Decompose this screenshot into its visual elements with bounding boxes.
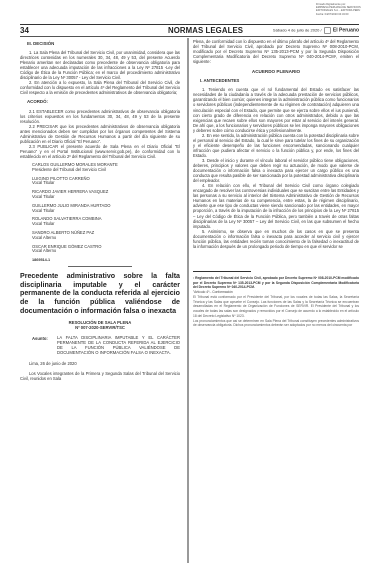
asunto-block: Asunto: LA FALTA DISCIPLINARIA IMPUTABLE…	[32, 336, 180, 356]
signatory: SANDRO ALBERTO NÚÑEZ PAZ Vocal Alterno	[32, 231, 180, 241]
footnote-title: Reglamento del Tribunal del Servicio Civ…	[193, 276, 359, 290]
place-date: Lima, 26 de junio de 2020	[29, 361, 180, 366]
section-rule	[68, 266, 132, 267]
intro-paragraph: Plena, de conformidad con lo dispuesto e…	[193, 39, 359, 64]
publication-date: Sábado 4 de julio de 2020 /	[273, 28, 322, 33]
asunto-label: Asunto:	[32, 336, 57, 356]
page-header: 34 NORMAS LEGALES Sábado 4 de julio de 2…	[20, 24, 359, 37]
antecedentes-heading: I. ANTECEDENTES	[200, 78, 359, 83]
asunto-text: LA FALTA DISCIPLINARIA IMPUTABLE Y EL CA…	[57, 336, 180, 356]
antecedente-paragraph: 1. Teniendo en cuenta que el rol fundame…	[193, 87, 359, 132]
digital-signature-stamp: Firmado Digitalmente por: EMPRESA PERUAN…	[316, 3, 371, 16]
signatory-role: Vocal Alterno	[32, 249, 180, 254]
stamp-line: Fecha: 04/07/2020 04:34:00	[316, 13, 371, 16]
resolution-number: Nº 007-2020-SERVIR/TSC	[20, 326, 180, 331]
page-number: 34	[20, 26, 29, 35]
signatory: ROLANDO SALVATIERRA COMBINA Vocal Titula…	[32, 217, 180, 227]
acordo-heading: ACORDÓ:	[27, 99, 180, 104]
signatory: GUILLERMO JULIO MIRANDA HURTADO Vocal Ti…	[32, 204, 180, 214]
resolution-heading: RESOLUCIÓN DE SALA PLENA Nº 007-2020-SER…	[20, 321, 180, 331]
closing-paragraph: Los Vocales integrantes de la Primera y …	[20, 371, 180, 381]
publication-name: El Peruano	[333, 28, 359, 34]
decision-paragraph: 1. La Sala Plena del Tribunal del Servic…	[20, 50, 180, 80]
signatory-role: Vocal Titular	[32, 209, 180, 214]
antecedente-paragraph: 4. En relación con ello, el Tribunal del…	[193, 183, 359, 228]
footnote-rule	[193, 271, 251, 272]
decision-paragraph: 2. En atención a lo expuesto, la Sala Pl…	[20, 80, 180, 95]
footnote-number: ¹	[193, 276, 194, 280]
signatory-role: Vocal Titular	[32, 195, 180, 200]
antecedente-paragraph: 2. En ese sentido, la administración púb…	[193, 133, 359, 158]
signatory: RICARDO JAVIER HERRERA VASQUEZ Vocal Tit…	[32, 190, 180, 200]
acordo-paragraph: 2.2 PRECISAR que los precedentes adminis…	[20, 124, 180, 144]
antecedente-paragraph: 5. Asimismo, se observa que en muchos de…	[193, 229, 359, 249]
left-column: III. DECISIÓN 1. La Sala Plena del Tribu…	[20, 39, 180, 381]
section-title: NORMAS LEGALES	[168, 26, 243, 35]
footnote: ¹ Reglamento del Tribunal del Servicio C…	[193, 276, 359, 290]
signatory: LUIGINO PILOTTO CARREÑO Vocal Titular	[32, 177, 180, 187]
article-title: Precedente administrativo sobre la falta…	[20, 272, 180, 315]
header-date-publication: Sábado 4 de julio de 2020 / El Peruano	[273, 27, 359, 34]
column-divider	[187, 38, 189, 563]
footnote-body: El Tribunal está conformado por el Presi…	[193, 295, 359, 319]
decision-heading: III. DECISIÓN	[27, 41, 180, 46]
signatory-role: Vocal Alterno	[32, 236, 180, 241]
signatory: OSCAR ENRIQUE GÓMEZ CASTRO Vocal Alterno	[32, 245, 180, 255]
shield-logo-icon	[324, 27, 331, 34]
acordo-paragraph: 2.1 ESTABLECER como precedentes administ…	[20, 109, 180, 124]
antecedente-paragraph: 3. Desde el inicio y durante el vínculo …	[193, 158, 359, 183]
right-column: Plena, de conformidad con lo dispuesto e…	[193, 39, 359, 328]
signatory: CARLOS GUILLERMO MORALES MORANTE Preside…	[32, 163, 180, 173]
signatory-role: Vocal Titular	[32, 222, 180, 227]
publication-code: 1869514-1	[32, 258, 180, 263]
signatory-role: Vocal Titular	[32, 181, 180, 186]
footnote-body: Los pronunciamientos que así se determin…	[193, 319, 359, 328]
signatory-role: Presidente del Tribunal del Servicio Civ…	[32, 168, 180, 173]
acuerdo-heading: ACUERDO PLENARIO	[193, 69, 359, 74]
acordo-paragraph: 2.3 PUBLICAR el presente acuerdo de Sala…	[20, 144, 180, 159]
